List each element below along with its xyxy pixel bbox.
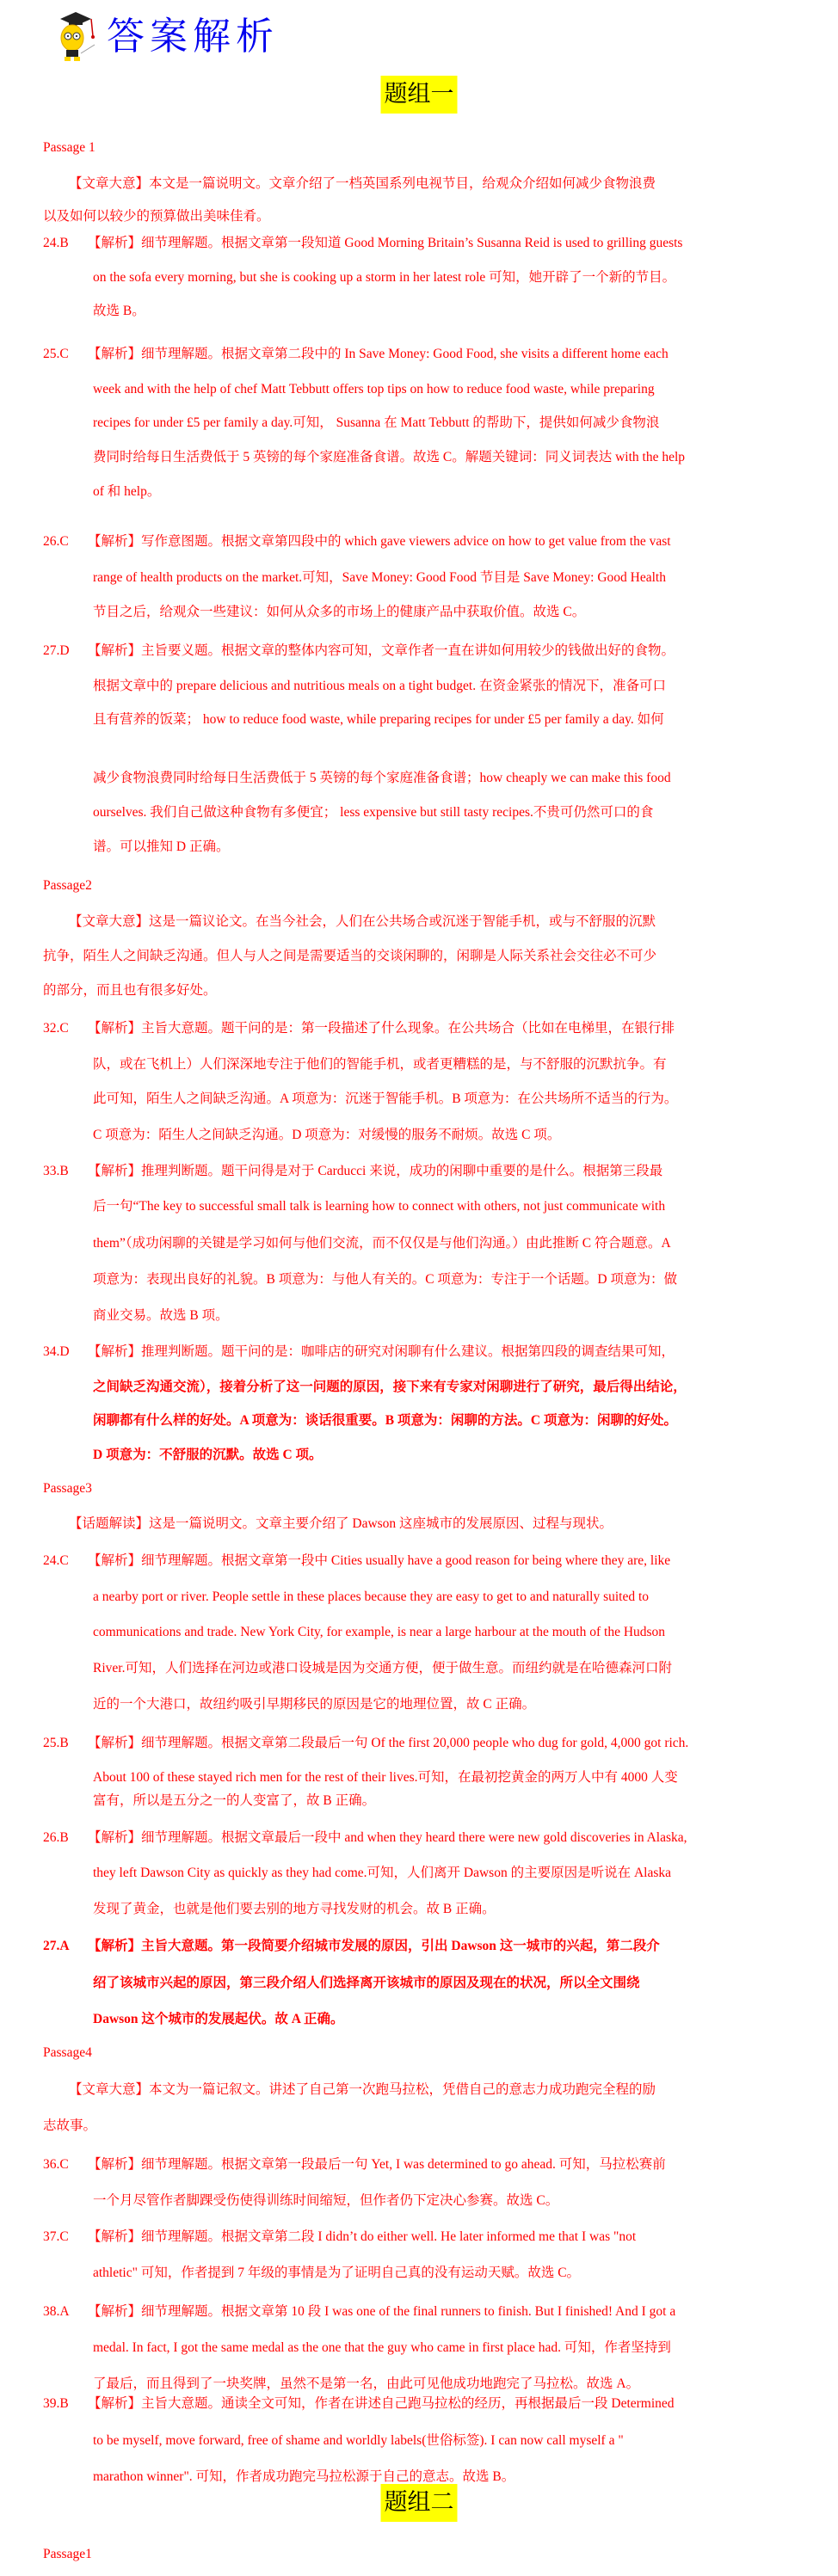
text-line: C 项意为：陌生人之间缺乏沟通。D 项意为：对缓慢的服务不耐烦。故选 C 项。 bbox=[93, 1127, 560, 1144]
line-text: 后一句“The key to successful small talk is … bbox=[93, 1199, 665, 1214]
text-line: River.可知，人们选择在河边或港口设城是因为交通方便，便于做生意。而纽约就是… bbox=[93, 1660, 672, 1677]
text-line: 【文章大意】这是一篇议论文。在当今社会，人们在公共场合或沉迷于智能手机，或与不舒… bbox=[69, 913, 656, 931]
answer-line: 24.B【解析】细节理解题。根据文章第一段知道 Good Morning Bri… bbox=[43, 235, 682, 252]
line-text: 富有，所以是五分之一的人变富了，故 B 正确。 bbox=[93, 1793, 375, 1808]
line-text: Passage2 bbox=[43, 878, 92, 893]
answer-line: 25.B【解析】细节理解题。根据文章第二段最后一句 Of the first 2… bbox=[43, 1735, 688, 1752]
line-text: 【解析】细节理解题。根据文章第 10 段 I was one of the fi… bbox=[88, 2304, 675, 2319]
passage-heading: Passage 1 bbox=[43, 139, 96, 157]
text-line: medal. In fact, I got the same medal as … bbox=[93, 2339, 671, 2357]
line-text: 故选 B。 bbox=[93, 304, 145, 318]
question-number: 27.A bbox=[43, 1938, 88, 1955]
page-title: 答案解析 bbox=[107, 10, 279, 64]
passage-heading: Passage1 bbox=[43, 2546, 92, 2563]
line-text: them”（成功闲聊的关键是学习如何与他们交流，而不仅仅是与他们沟通。）由此推断… bbox=[93, 1236, 671, 1251]
text-line: of 和 help。 bbox=[93, 483, 160, 501]
text-line: 谱。可以推知 D 正确。 bbox=[93, 839, 229, 856]
line-text: communications and trade. New York City,… bbox=[93, 1625, 665, 1639]
question-number: 26.C bbox=[43, 533, 88, 550]
text-line: 项意为：表现出良好的礼貌。B 项意为：与他人有关的。C 项意为：专注于一个话题。… bbox=[93, 1271, 677, 1288]
line-text: 【解析】主旨大意题。通读全文可知，作者在讲述自己跑马拉松的经历，再根据最后一段 … bbox=[88, 2396, 675, 2411]
text-line: they left Dawson City as quickly as they… bbox=[93, 1865, 671, 1882]
line-text: C 项意为：陌生人之间缺乏沟通。D 项意为：对缓慢的服务不耐烦。故选 C 项。 bbox=[93, 1128, 560, 1142]
line-text: 且有营养的饭菜； how to reduce food waste, while… bbox=[93, 712, 664, 727]
line-text: 【解析】细节理解题。根据文章第二段中的 In Save Money: Good … bbox=[88, 347, 669, 361]
line-text: 谱。可以推知 D 正确。 bbox=[93, 839, 229, 854]
text-line: them”（成功闲聊的关键是学习如何与他们交流，而不仅仅是与他们沟通。）由此推断… bbox=[93, 1235, 671, 1252]
line-text: marathon winner". 可知，作者成功跑完马拉松源于自己的意志。故选… bbox=[93, 2469, 515, 2484]
line-text: 减少食物浪费同时给每日生活费低于 5 英镑的每个家庭准备食谱；how cheap… bbox=[93, 771, 671, 785]
answer-line: 26.B【解析】细节理解题。根据文章最后一段中 and when they he… bbox=[43, 1829, 687, 1847]
text-line: 【文章大意】本文是一篇说明文。文章介绍了一档英国系列电视节目，给观众介绍如何减少… bbox=[69, 175, 656, 193]
text-line: 根据文章中的 prepare delicious and nutritious … bbox=[93, 678, 666, 695]
graduate-mascot-icon bbox=[52, 10, 100, 64]
text-line: 以及如何以较少的预算做出美味佳肴。 bbox=[43, 208, 270, 225]
line-text: 【解析】细节理解题。根据文章第二段最后一句 Of the first 20,00… bbox=[88, 1736, 688, 1750]
line-text: 绍了该城市兴起的原因，第三段介绍人们选择离开该城市的原因及现在的状况，所以全文围… bbox=[93, 1976, 640, 1990]
line-text: 【解析】细节理解题。根据文章第一段最后一句 Yet, I was determi… bbox=[88, 2157, 666, 2172]
text-line: 一个月尽管作者脚踝受伤使得训练时间缩短，但作者仍下定决心参赛。故选 C。 bbox=[93, 2192, 558, 2210]
line-text: Passage4 bbox=[43, 2045, 92, 2060]
text-line: 了最后，而且得到了一块奖牌，虽然不是第一名，由此可见他成功地跑完了马拉松。故选 … bbox=[93, 2376, 639, 2393]
question-number: 36.C bbox=[43, 2156, 88, 2173]
text-line: 志故事。 bbox=[43, 2118, 96, 2135]
text-line: 发现了黄金，也就是他们要去别的地方寻找发财的机会。故 B 正确。 bbox=[93, 1901, 496, 1918]
text-line: week and with the help of chef Matt Tebb… bbox=[93, 381, 655, 398]
line-text: range of health products on the market.可… bbox=[93, 570, 666, 585]
answer-line: 33.B【解析】推理判断题。题干问得是对于 Carducci 来说，成功的闲聊中… bbox=[43, 1163, 662, 1180]
line-text: 了最后，而且得到了一块奖牌，虽然不是第一名，由此可见他成功地跑完了马拉松。故选 … bbox=[93, 2376, 639, 2391]
line-text: 费同时给每日生活费低于 5 英镑的每个家庭准备食谱。故选 C。解题关键词：同义词… bbox=[93, 450, 685, 464]
line-text: 【文章大意】本文为一篇记叙文。讲述了自己第一次跑马拉松，凭借自己的意志力成功跑完… bbox=[69, 2082, 656, 2097]
line-text: 【话题解读】这是一篇说明文。文章主要介绍了 Dawson 这座城市的发展原因、过… bbox=[69, 1516, 613, 1531]
text-line: ourselves. 我们自己做这种食物有多便宜； less expensive… bbox=[93, 804, 653, 821]
answer-line: 37.C【解析】细节理解题。根据文章第二段 I didn’t do either… bbox=[43, 2229, 636, 2246]
line-text: 的部分，而且也有很多好处。 bbox=[43, 983, 217, 998]
text-line: 的部分，而且也有很多好处。 bbox=[43, 982, 217, 999]
answer-line: 27.D【解析】主旨要义题。根据文章的整体内容可知，文章作者一直在讲如何用较少的… bbox=[43, 642, 675, 660]
line-text: 项意为：表现出良好的礼貌。B 项意为：与他人有关的。C 项意为：专注于一个话题。… bbox=[93, 1272, 677, 1287]
question-number: 25.C bbox=[43, 346, 88, 363]
line-text: D 项意为：不舒服的沉默。故选 C 项。 bbox=[93, 1448, 323, 1462]
line-text: recipes for under £5 per family a day.可知… bbox=[93, 415, 659, 430]
text-line: 故选 B。 bbox=[93, 303, 145, 320]
text-line: a nearby port or river. People settle in… bbox=[93, 1589, 649, 1606]
text-line: 富有，所以是五分之一的人变富了，故 B 正确。 bbox=[93, 1792, 375, 1810]
line-text: 【解析】主旨大意题。题干问的是：第一段描述了什么现象。在公共场合（比如在电梯里，… bbox=[88, 1021, 675, 1036]
line-text: they left Dawson City as quickly as they… bbox=[93, 1866, 671, 1880]
text-line: 节目之后，给观众一些建议：如何从众多的市场上的健康产品中获取价值。故选 C。 bbox=[93, 604, 585, 621]
line-text: 闲聊都有什么样的好处。A 项意为：谈话很重要。B 项意为：闲聊的方法。C 项意为… bbox=[93, 1413, 677, 1428]
line-text: 志故事。 bbox=[43, 2118, 96, 2133]
line-text: 【解析】细节理解题。根据文章第一段中 Cities usually have a… bbox=[88, 1553, 670, 1568]
text-line: 绍了该城市兴起的原因，第三段介绍人们选择离开该城市的原因及现在的状况，所以全文围… bbox=[93, 1975, 640, 1992]
question-number: 24.B bbox=[43, 235, 88, 252]
text-line: athletic" 可知，作者提到 7 年级的事情是为了证明自己真的没有运动天赋… bbox=[93, 2265, 580, 2282]
group-title-1: 题组一 bbox=[381, 76, 458, 114]
question-number: 38.A bbox=[43, 2303, 88, 2321]
line-text: Passage1 bbox=[43, 2547, 92, 2561]
answer-line: 38.A【解析】细节理解题。根据文章第 10 段 I was one of th… bbox=[43, 2303, 675, 2321]
answer-line: 34.D【解析】推理判断题。题干问的是：咖啡店的研究对闲聊有什么建议。根据第四段… bbox=[43, 1343, 675, 1361]
line-text: River.可知，人们选择在河边或港口设城是因为交通方便，便于做生意。而纽约就是… bbox=[93, 1661, 672, 1675]
text-line: recipes for under £5 per family a day.可知… bbox=[93, 415, 659, 432]
line-text: 【文章大意】这是一篇议论文。在当今社会，人们在公共场合或沉迷于智能手机，或与不舒… bbox=[69, 914, 656, 929]
line-text: Passage3 bbox=[43, 1481, 92, 1496]
line-text: 根据文章中的 prepare delicious and nutritious … bbox=[93, 679, 666, 693]
text-line: 减少食物浪费同时给每日生活费低于 5 英镑的每个家庭准备食谱；how cheap… bbox=[93, 770, 671, 787]
line-text: 以及如何以较少的预算做出美味佳肴。 bbox=[43, 209, 270, 224]
text-line: 队，或在飞机上）人们深深地专注于他们的智能手机，或者更糟糕的是，与不舒服的沉默抗… bbox=[93, 1056, 667, 1073]
page-header: 答案解析 bbox=[52, 10, 279, 64]
line-text: 近的一个大港口，故纽约吸引早期移民的原因是它的地理位置，故 C 正确。 bbox=[93, 1697, 535, 1712]
line-text: 【解析】细节理解题。根据文章第二段 I didn’t do either wel… bbox=[88, 2229, 636, 2244]
line-text: on the sofa every morning, but she is co… bbox=[93, 270, 675, 285]
line-text: 此可知，陌生人之间缺乏沟通。A 项意为：沉迷于智能手机。B 项意为：在公共场所不… bbox=[93, 1091, 677, 1106]
line-text: 【文章大意】本文是一篇说明文。文章介绍了一档英国系列电视节目，给观众介绍如何减少… bbox=[69, 176, 656, 191]
answer-line: 36.C【解析】细节理解题。根据文章第一段最后一句 Yet, I was det… bbox=[43, 2156, 666, 2173]
text-line: on the sofa every morning, but she is co… bbox=[93, 269, 675, 286]
line-text: 【解析】写作意图题。根据文章第四段中的 which gave viewers a… bbox=[88, 534, 671, 549]
line-text: ourselves. 我们自己做这种食物有多便宜； less expensive… bbox=[93, 805, 653, 820]
answer-line: 24.C【解析】细节理解题。根据文章第一段中 Cities usually ha… bbox=[43, 1552, 670, 1570]
text-line: 近的一个大港口，故纽约吸引早期移民的原因是它的地理位置，故 C 正确。 bbox=[93, 1696, 535, 1713]
line-text: 【解析】推理判断题。题干问的是：咖啡店的研究对闲聊有什么建议。根据第四段的调查结… bbox=[88, 1344, 675, 1359]
line-text: to be myself, move forward, free of sham… bbox=[93, 2433, 624, 2448]
line-text: 【解析】主旨大意题。第一段简要介绍城市发展的原因，引出 Dawson 这一城市的… bbox=[88, 1939, 660, 1953]
question-number: 24.C bbox=[43, 1552, 88, 1570]
question-number: 34.D bbox=[43, 1343, 88, 1361]
line-text: Dawson 这个城市的发展起伏。故 A 正确。 bbox=[93, 2012, 344, 2026]
question-number: 32.C bbox=[43, 1020, 88, 1037]
text-line: 商业交易。故选 B 项。 bbox=[93, 1307, 229, 1325]
text-line: 【话题解读】这是一篇说明文。文章主要介绍了 Dawson 这座城市的发展原因、过… bbox=[69, 1515, 613, 1533]
passage-heading: Passage3 bbox=[43, 1480, 92, 1497]
question-number: 27.D bbox=[43, 642, 88, 660]
text-line: 此可知，陌生人之间缺乏沟通。A 项意为：沉迷于智能手机。B 项意为：在公共场所不… bbox=[93, 1091, 677, 1108]
line-text: 抗争，陌生人之间缺乏沟通。但人与人之间是需要适当的交谈闲聊的，闲聊是人际关系社会… bbox=[43, 949, 656, 963]
line-text: 【解析】推理判断题。题干问得是对于 Carducci 来说，成功的闲聊中重要的是… bbox=[88, 1164, 662, 1178]
text-line: 后一句“The key to successful small talk is … bbox=[93, 1198, 665, 1215]
question-number: 37.C bbox=[43, 2229, 88, 2246]
line-text: 【解析】主旨要义题。根据文章的整体内容可知，文章作者一直在讲如何用较少的钱做出好… bbox=[88, 643, 675, 658]
line-text: About 100 of these stayed rich men for t… bbox=[93, 1770, 678, 1785]
text-line: communications and trade. New York City,… bbox=[93, 1624, 665, 1641]
line-text: 【解析】细节理解题。根据文章第一段知道 Good Morning Britain… bbox=[88, 236, 682, 250]
question-number: 25.B bbox=[43, 1735, 88, 1752]
line-text: 之间缺乏沟通交流），接着分析了这一问题的原因，接下来有专家对闲聊进行了研究，最后… bbox=[93, 1380, 687, 1394]
line-text: of 和 help。 bbox=[93, 484, 160, 499]
answer-line: 32.C【解析】主旨大意题。题干问的是：第一段描述了什么现象。在公共场合（比如在… bbox=[43, 1020, 675, 1037]
line-text: a nearby port or river. People settle in… bbox=[93, 1589, 649, 1604]
line-text: 队，或在飞机上）人们深深地专注于他们的智能手机，或者更糟糕的是，与不舒服的沉默抗… bbox=[93, 1057, 667, 1072]
line-text: 商业交易。故选 B 项。 bbox=[93, 1308, 229, 1323]
question-number: 39.B bbox=[43, 2395, 88, 2413]
text-line: 闲聊都有什么样的好处。A 项意为：谈话很重要。B 项意为：闲聊的方法。C 项意为… bbox=[93, 1412, 677, 1429]
passage-heading: Passage4 bbox=[43, 2044, 92, 2062]
text-line: D 项意为：不舒服的沉默。故选 C 项。 bbox=[93, 1447, 323, 1464]
answer-line: 25.C【解析】细节理解题。根据文章第二段中的 In Save Money: G… bbox=[43, 346, 669, 363]
text-line: to be myself, move forward, free of sham… bbox=[93, 2432, 624, 2450]
text-line: 之间缺乏沟通交流），接着分析了这一问题的原因，接下来有专家对闲聊进行了研究，最后… bbox=[93, 1379, 687, 1396]
text-line: marathon winner". 可知，作者成功跑完马拉松源于自己的意志。故选… bbox=[93, 2468, 515, 2486]
line-text: 发现了黄金，也就是他们要去别的地方寻找发财的机会。故 B 正确。 bbox=[93, 1902, 496, 1916]
text-line: range of health products on the market.可… bbox=[93, 569, 666, 587]
line-text: 节目之后，给观众一些建议：如何从众多的市场上的健康产品中获取价值。故选 C。 bbox=[93, 605, 585, 619]
text-line: 且有营养的饭菜； how to reduce food waste, while… bbox=[93, 711, 664, 729]
answer-line: 27.A【解析】主旨大意题。第一段简要介绍城市发展的原因，引出 Dawson 这… bbox=[43, 1938, 660, 1955]
text-line: 费同时给每日生活费低于 5 英镑的每个家庭准备食谱。故选 C。解题关键词：同义词… bbox=[93, 449, 685, 466]
answer-line: 26.C【解析】写作意图题。根据文章第四段中的 which gave viewe… bbox=[43, 533, 671, 550]
line-text: 一个月尽管作者脚踝受伤使得训练时间缩短，但作者仍下定决心参赛。故选 C。 bbox=[93, 2193, 558, 2208]
group-title-2: 题组二 bbox=[381, 2484, 458, 2522]
answer-line: 39.B【解析】主旨大意题。通读全文可知，作者在讲述自己跑马拉松的经历，再根据最… bbox=[43, 2395, 675, 2413]
question-number: 26.B bbox=[43, 1829, 88, 1847]
line-text: week and with the help of chef Matt Tebb… bbox=[93, 382, 655, 397]
passage-heading: Passage2 bbox=[43, 877, 92, 895]
line-text: medal. In fact, I got the same medal as … bbox=[93, 2340, 671, 2355]
text-line: 【文章大意】本文为一篇记叙文。讲述了自己第一次跑马拉松，凭借自己的意志力成功跑完… bbox=[69, 2081, 656, 2099]
text-line: Dawson 这个城市的发展起伏。故 A 正确。 bbox=[93, 2011, 344, 2028]
line-text: 【解析】细节理解题。根据文章最后一段中 and when they heard … bbox=[88, 1830, 687, 1845]
line-text: athletic" 可知，作者提到 7 年级的事情是为了证明自己真的没有运动天赋… bbox=[93, 2266, 580, 2280]
line-text: Passage 1 bbox=[43, 140, 96, 155]
text-line: 抗争，陌生人之间缺乏沟通。但人与人之间是需要适当的交谈闲聊的，闲聊是人际关系社会… bbox=[43, 948, 656, 965]
question-number: 33.B bbox=[43, 1163, 88, 1180]
text-line: About 100 of these stayed rich men for t… bbox=[93, 1769, 678, 1786]
